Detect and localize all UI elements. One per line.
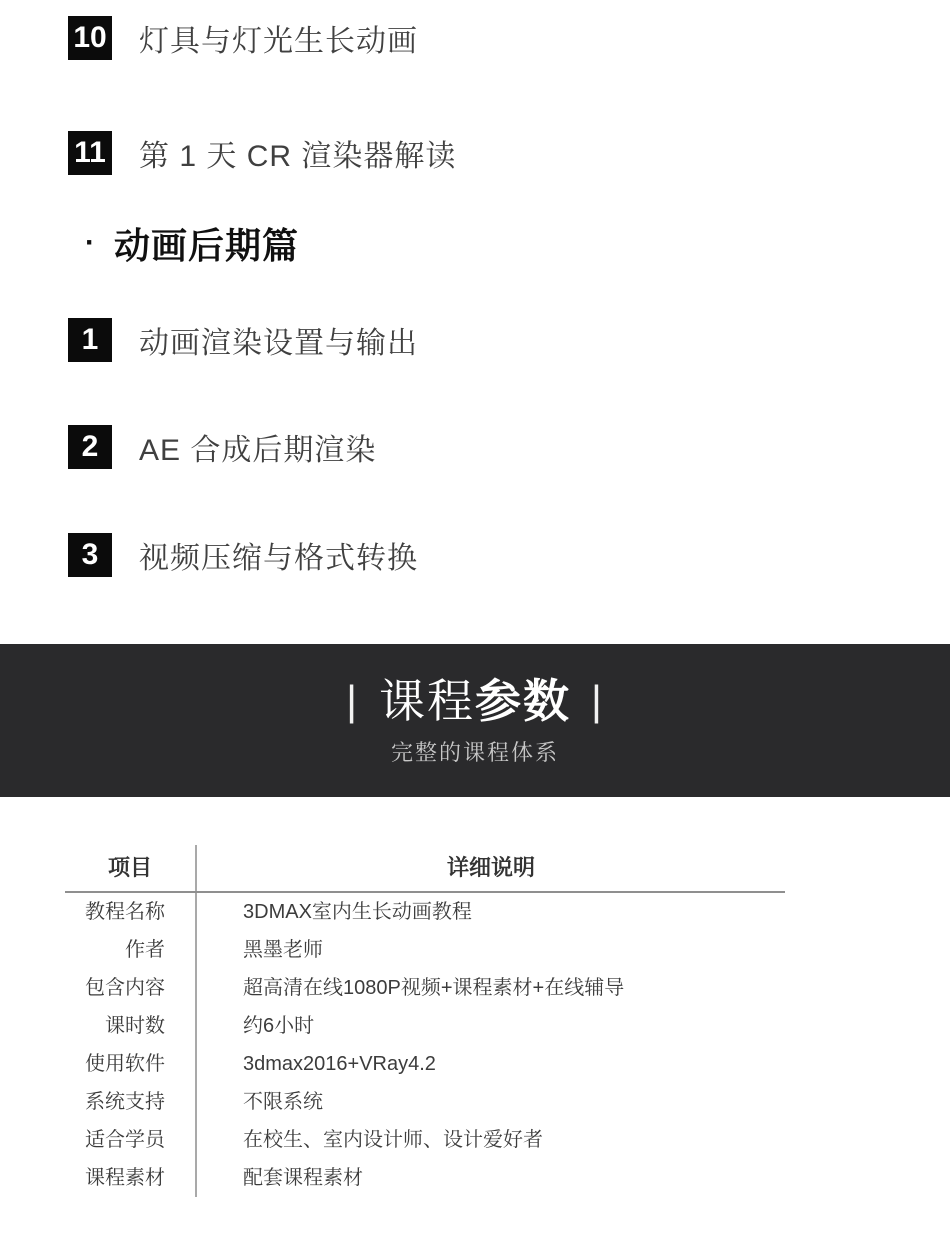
section-title: 动画后期篇 <box>114 218 299 269</box>
table-row: 课程素材 配套课程素材 <box>65 1159 785 1197</box>
lesson-number-badge: 1 <box>68 318 112 362</box>
row-label: 包含内容 <box>65 969 197 1007</box>
row-value: 黑墨老师 <box>197 931 785 969</box>
banner-title: | 课程 参数 | <box>346 675 604 727</box>
banner-subtitle: 完整的课程体系 <box>391 736 559 767</box>
row-label: 教程名称 <box>65 893 197 931</box>
row-label: 适合学员 <box>65 1121 197 1159</box>
banner-right-bar: | <box>591 675 604 727</box>
table-row: 适合学员 在校生、室内设计师、设计爱好者 <box>65 1121 785 1159</box>
table-row: 使用软件 3dmax2016+VRay4.2 <box>65 1045 785 1083</box>
table-row: 作者 黑墨老师 <box>65 931 785 969</box>
lesson-title: AE 合成后期渲染 <box>139 425 376 469</box>
section-header: · 动画后期篇 <box>68 224 950 262</box>
banner-title-regular: 课程 <box>379 675 475 727</box>
lesson-item: 10 灯具与灯光生长动画 <box>68 16 950 60</box>
table-header-row: 项目 详细说明 <box>65 845 785 893</box>
table-header-item: 项目 <box>65 845 197 891</box>
lesson-number-badge: 11 <box>68 131 112 175</box>
row-value: 约6小时 <box>197 1007 785 1045</box>
lesson-number-badge: 10 <box>68 16 112 60</box>
course-params-table: 项目 详细说明 教程名称 3DMAX室内生长动画教程 作者 黑墨老师 包含内容 … <box>65 845 785 1197</box>
table-row: 系统支持 不限系统 <box>65 1083 785 1121</box>
row-label: 课时数 <box>65 1007 197 1045</box>
row-label: 课程素材 <box>65 1159 197 1197</box>
row-value: 超高清在线1080P视频+课程素材+在线辅导 <box>197 969 785 1007</box>
table-row: 课时数 约6小时 <box>65 1007 785 1045</box>
lesson-number-badge: 2 <box>68 425 112 469</box>
table-header-description: 详细说明 <box>197 845 785 891</box>
row-label: 使用软件 <box>65 1045 197 1083</box>
course-params-banner: | 课程 参数 | 完整的课程体系 <box>0 644 950 797</box>
table-row: 教程名称 3DMAX室内生长动画教程 <box>65 893 785 931</box>
table-row: 包含内容 超高清在线1080P视频+课程素材+在线辅导 <box>65 969 785 1007</box>
lesson-title: 第 1 天 CR 渲染器解读 <box>139 131 456 175</box>
lesson-number-badge: 3 <box>68 533 112 577</box>
lesson-title: 灯具与灯光生长动画 <box>139 16 418 60</box>
lesson-item: 2 AE 合成后期渲染 <box>68 425 950 469</box>
row-value: 不限系统 <box>197 1083 785 1121</box>
lesson-item: 11 第 1 天 CR 渲染器解读 <box>68 131 950 175</box>
curriculum-list: 10 灯具与灯光生长动画 11 第 1 天 CR 渲染器解读 · 动画后期篇 1… <box>0 0 950 577</box>
row-value: 配套课程素材 <box>197 1159 785 1197</box>
course-detail-page: 10 灯具与灯光生长动画 11 第 1 天 CR 渲染器解读 · 动画后期篇 1… <box>0 0 950 1235</box>
row-value: 3DMAX室内生长动画教程 <box>197 893 785 931</box>
row-label: 作者 <box>65 931 197 969</box>
lesson-title: 动画渲染设置与输出 <box>139 318 418 362</box>
banner-title-bold: 参数 <box>475 675 571 727</box>
lesson-item: 1 动画渲染设置与输出 <box>68 318 950 362</box>
row-value: 在校生、室内设计师、设计爱好者 <box>197 1121 785 1159</box>
lesson-title: 视频压缩与格式转换 <box>139 533 418 577</box>
lesson-item: 3 视频压缩与格式转换 <box>68 533 950 577</box>
banner-left-bar: | <box>346 675 359 727</box>
row-value: 3dmax2016+VRay4.2 <box>197 1045 785 1083</box>
row-label: 系统支持 <box>65 1083 197 1121</box>
section-bullet: · <box>85 226 95 260</box>
